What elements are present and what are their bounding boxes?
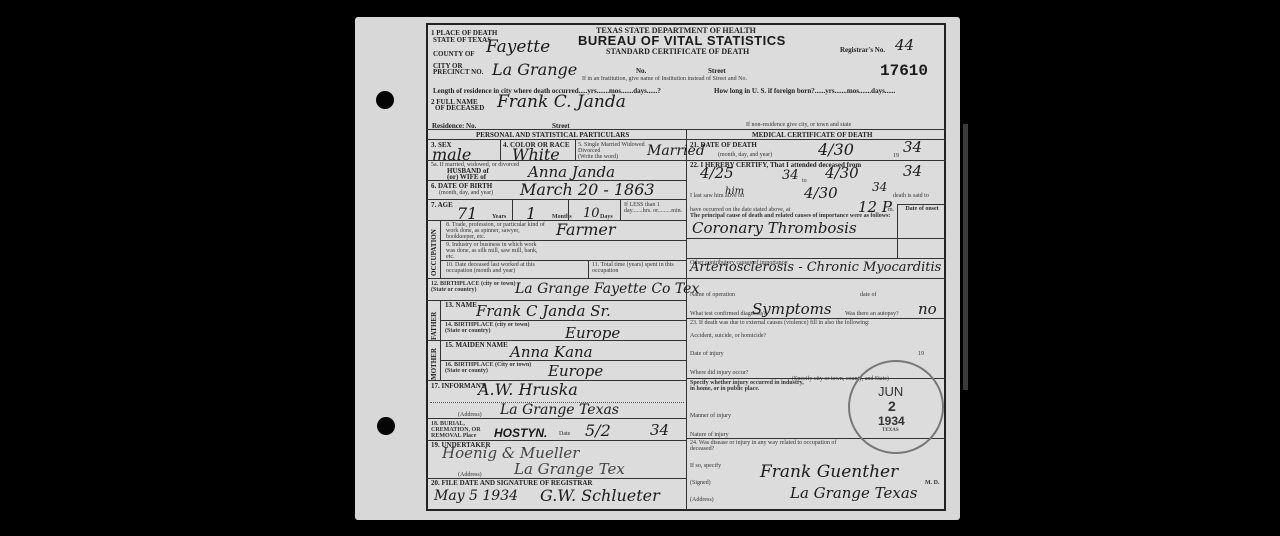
last-saw-pronoun: him [725, 186, 744, 197]
burial-year: 34 [650, 421, 669, 439]
last-saw-year: 34 [872, 180, 887, 194]
mother-side-label: MOTHER [430, 348, 438, 380]
physician-address-label: (Address) [690, 497, 714, 503]
nonresidence-note: If non-residence give city, or town and … [746, 122, 851, 128]
autopsy-label: Was there an autopsy? [845, 311, 899, 317]
trade-value: Farmer [556, 220, 616, 239]
name-label-2: OF DECEASED [435, 105, 484, 112]
industry-label: 9. Industry or business in which work wa… [446, 242, 546, 260]
operation-date-label: date of [860, 292, 877, 298]
city-label-2: PRECINCT NO. [433, 69, 483, 76]
trade-label: 8. Trade, profession, or particular kind… [446, 222, 546, 240]
place-label-2: STATE OF TEXAS [433, 37, 491, 44]
manner-label: Manner of injury [690, 413, 731, 419]
attended-to-year: 34 [903, 162, 922, 180]
father-name-label: 13. NAME [445, 302, 477, 309]
principal-cause: Coronary Thrombosis [692, 219, 857, 237]
registrar-label: Registrar's No. [840, 47, 885, 54]
binder-hole-bottom [377, 417, 395, 435]
dod-label: 21. DATE OF DEATH [690, 142, 757, 149]
institution-note: If in an Institution, give name of Insti… [582, 76, 747, 82]
last-worked-label: 10. Date deceased last worked at this oc… [446, 262, 546, 274]
dod-year: 34 [903, 138, 922, 156]
less-than-label: If LESS than 1 day.......hrs. or........… [624, 202, 686, 214]
age-days: 10 [583, 206, 600, 221]
county-value: Fayette [486, 37, 550, 57]
father-birthplace-label: 14. BIRTHPLACE (city or town) (State or … [445, 322, 545, 334]
mother-birthplace-label: 16. BIRTHPLACE (City or town) (State or … [445, 362, 545, 374]
mother-birthplace: Europe [548, 362, 603, 380]
dob-hint: (month, day, and year) [439, 190, 493, 196]
stamp-month: JUN [878, 384, 903, 399]
mother-name: Anna Kana [510, 343, 593, 361]
age-label: 7. AGE [431, 202, 453, 209]
physician-address: La Grange Texas [790, 484, 918, 502]
county-label: COUNTY OF [433, 51, 475, 58]
registrar-no: 44 [895, 36, 914, 54]
medical-section-title: MEDICAL CERTIFICATE OF DEATH [752, 132, 872, 139]
stamp-year: 1934 [878, 414, 905, 428]
undertaker-address: La Grange Tex [514, 460, 625, 478]
md-label: M. D. [925, 480, 940, 486]
burial-date-label: Date [559, 431, 570, 437]
dod-hint: (month, day, and year) [718, 152, 772, 158]
injury-year-label: 19 [918, 351, 924, 357]
autopsy-value: no [918, 300, 937, 318]
occupation-related-label: 24. Was disease or injury in any way rel… [690, 440, 840, 452]
attended-from-year: 34 [782, 168, 799, 183]
street-label: Street [708, 68, 726, 75]
column-divider [686, 129, 687, 510]
attended-to: 4/30 [825, 164, 859, 182]
dod-value: 4/30 [818, 140, 854, 159]
deceased-name: Frank C. Janda [497, 92, 626, 112]
foreign-born-label: How long in U. S. if foreign born?......… [714, 88, 895, 95]
form-title: STANDARD CERTIFICATE OF DEATH [606, 48, 749, 55]
accident-label: Accident, suicide, or homicide? [690, 333, 766, 339]
informant-value: A.W. Hruska [478, 380, 578, 399]
attended-from: 4/25 [700, 164, 734, 182]
operation-label: Name of operation [690, 292, 735, 298]
received-stamp: JUN 2 1934 TEXAS [848, 360, 944, 454]
father-name: Frank C Janda Sr. [476, 302, 611, 320]
said-label: death is said to [893, 193, 929, 199]
page-edge-shadow [963, 124, 968, 390]
city-value: La Grange [492, 60, 577, 79]
dod-19: 19 [893, 153, 899, 159]
occupation-side-label: OCCUPATION [430, 229, 438, 276]
personal-section-title: PERSONAL AND STATISTICAL PARTICULARS [476, 132, 629, 139]
marital-label: 5. Single Married Widowed Divorced [578, 142, 648, 154]
if-so-label: If so, specify [690, 463, 721, 469]
informant-address: La Grange Texas [500, 402, 619, 418]
burial-label: 18. BURIAL, CREMATION, OR REMOVAL Place [431, 421, 491, 439]
burial-place: HOSTYN. [494, 426, 547, 440]
bureau-title: BUREAU OF VITAL STATISTICS [578, 33, 786, 48]
other-causes: Arteriosclerosis - Chronic Myocarditis [690, 260, 941, 275]
specify-location-label: Specify whether injury occurred in indus… [690, 380, 810, 392]
father-side-label: FATHER [430, 312, 438, 340]
injury-date-label: Date of injury [690, 351, 724, 357]
last-saw-date: 4/30 [804, 184, 838, 202]
birthplace-value: La Grange Fayette Co Tex [515, 281, 699, 297]
onset-label: Date of onset [903, 206, 941, 212]
dob-value: March 20 - 1863 [520, 180, 655, 199]
registrar-signature: G.W. Schlueter [540, 486, 660, 505]
physician-signature: Frank Guenther [760, 462, 898, 482]
stamp-state: TEXAS [882, 428, 899, 433]
stamp-day: 2 [888, 398, 896, 414]
burial-date: 5/2 [585, 421, 611, 440]
signed-label: (Signed) [690, 480, 711, 486]
file-date: May 5 1934 [434, 488, 518, 504]
mother-name-label: 15. MAIDEN NAME [445, 342, 508, 349]
where-injury-label: Where did injury occur? [690, 370, 748, 376]
spouse-value: Anna Janda [528, 163, 615, 181]
no-label: No. [636, 68, 646, 75]
certificate-no: 17610 [880, 62, 928, 80]
dob-label: 6. DATE OF BIRTH [431, 183, 492, 190]
test-value: Symptoms [752, 300, 832, 318]
total-time-label: 11. Total time (years) spent in this occ… [592, 262, 684, 274]
external-causes-label: 23. If death was due to external causes … [690, 320, 870, 326]
binder-hole-top [376, 91, 394, 109]
